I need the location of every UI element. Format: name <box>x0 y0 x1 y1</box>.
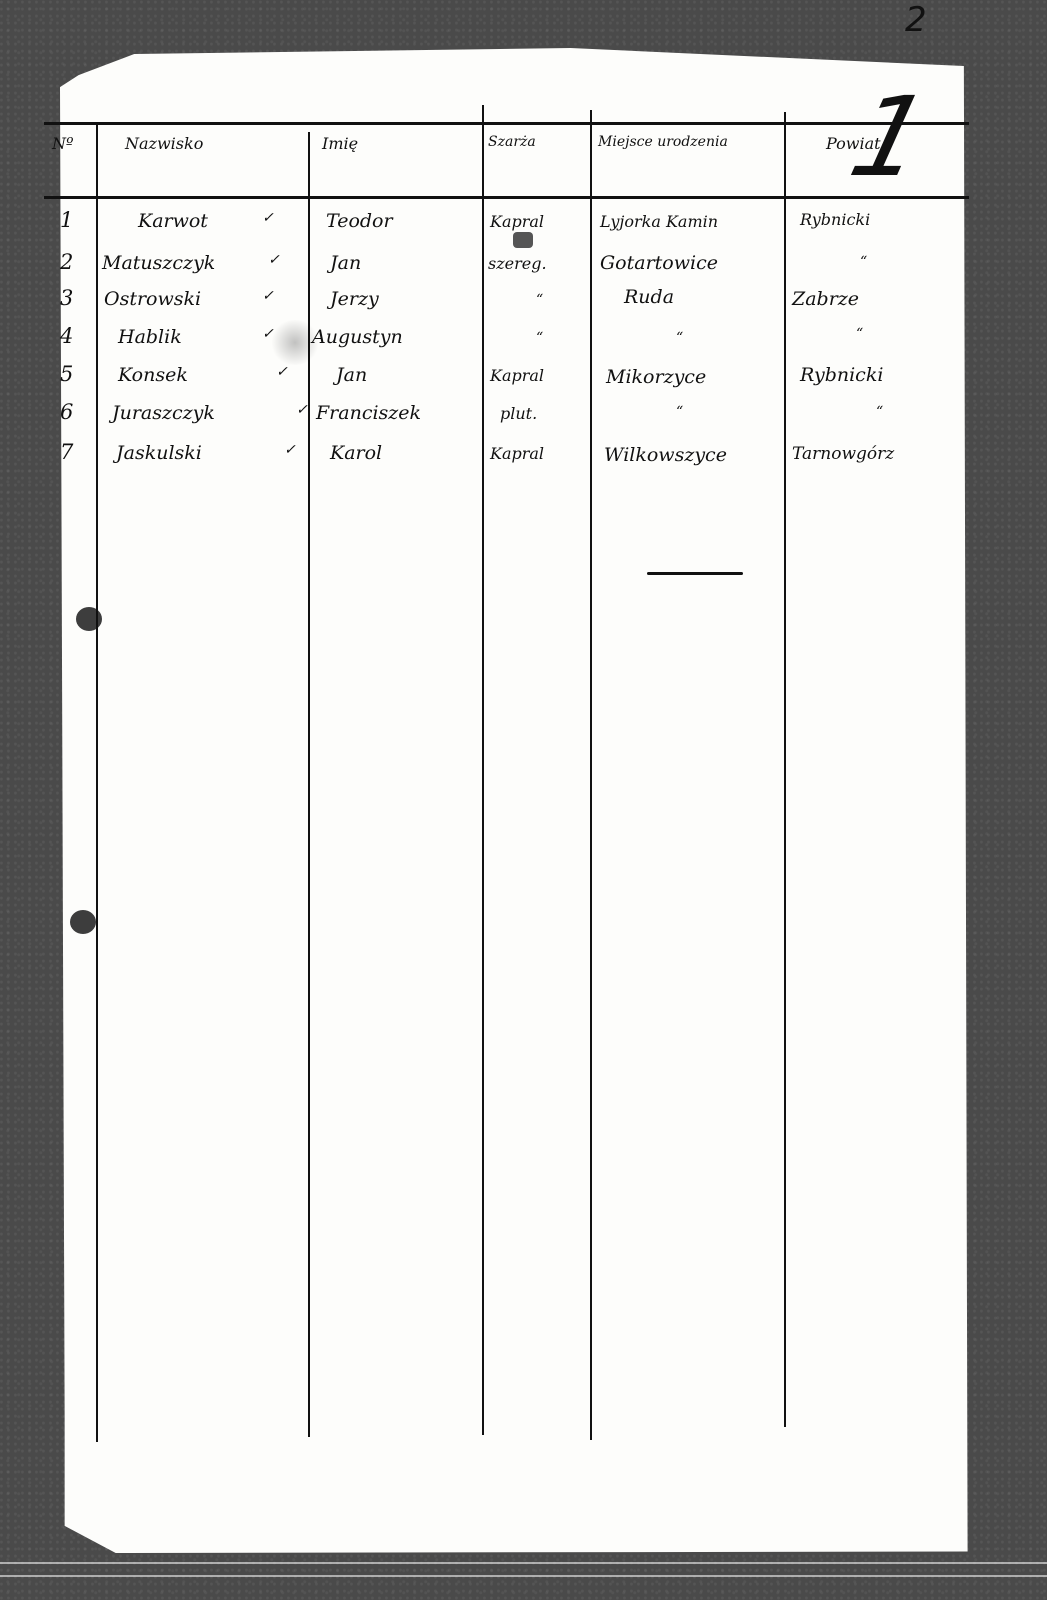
first-name-cell: Karol <box>330 442 382 464</box>
check-mark: ✓ <box>284 442 296 458</box>
district-cell: Zabrze <box>792 288 859 310</box>
surname-cell: Juraszczyk <box>112 402 215 424</box>
birthplace-ditto: “ <box>676 404 683 420</box>
row-number: 3 <box>60 286 73 310</box>
first-name-cell: Franciszek <box>316 402 421 424</box>
first-name-cell: Teodor <box>326 210 393 232</box>
first-name-cell: Jan <box>336 364 367 386</box>
header-rank: Szarża <box>488 134 536 150</box>
check-mark: ✓ <box>262 210 274 226</box>
surname-cell: Ostrowski <box>104 288 201 310</box>
first-name-cell: Jan <box>330 252 361 274</box>
surname-cell: Hablik <box>118 326 182 348</box>
ink-blot <box>513 232 533 248</box>
rank-cell: Kapral <box>490 366 544 385</box>
end-of-list-dash <box>647 572 743 575</box>
birthplace-ditto: “ <box>676 330 683 346</box>
rank-cell: Kapral <box>490 444 544 463</box>
district-ditto: “ <box>856 326 863 342</box>
district-cell: Rybnicki <box>800 364 883 386</box>
column-divider <box>308 132 310 1437</box>
scan-stripe <box>0 1562 1047 1564</box>
check-mark: ✓ <box>262 288 274 304</box>
first-name-cell: Jerzy <box>330 288 379 310</box>
table-top-rule <box>44 122 969 125</box>
birthplace-cell: Lyjorka Kamin <box>600 212 718 231</box>
district-ditto: “ <box>860 254 867 270</box>
birthplace-cell: Ruda <box>624 286 674 308</box>
header-bottom-rule <box>44 196 969 199</box>
header-first-name: Imię <box>322 134 358 153</box>
row-number: 2 <box>60 250 73 274</box>
check-mark: ✓ <box>268 252 280 268</box>
column-divider <box>482 105 484 1435</box>
row-number: 4 <box>60 324 73 348</box>
scan-stripe <box>0 1575 1047 1577</box>
district-cell: Rybnicki <box>800 210 870 229</box>
rank-cell: Kapral <box>490 212 544 231</box>
birthplace-cell: Gotartowice <box>600 252 718 274</box>
rank-ditto: “ <box>536 330 543 346</box>
district-ditto: “ <box>876 404 883 420</box>
punch-hole <box>70 910 96 934</box>
surname-cell: Karwot <box>138 210 208 232</box>
header-birthplace: Miejsce urodzenia <box>598 134 728 150</box>
first-name-cell: Augustyn <box>312 326 403 348</box>
check-mark: ✓ <box>276 364 288 380</box>
header-surname: Nazwisko <box>125 134 203 153</box>
surname-cell: Matuszczyk <box>102 252 215 274</box>
sheet-number-superscript: 2 <box>905 0 927 40</box>
rank-cell: szereg. <box>488 254 547 273</box>
rank-ditto: “ <box>536 292 543 308</box>
check-mark: ✓ <box>296 402 308 418</box>
check-mark: ✓ <box>262 326 274 342</box>
row-number: 7 <box>60 440 73 464</box>
row-number: 5 <box>60 362 73 386</box>
row-number: 1 <box>60 208 73 232</box>
birthplace-cell: Mikorzyce <box>606 366 706 388</box>
column-divider <box>590 110 592 1440</box>
district-cell: Tarnowgórz <box>792 444 894 464</box>
header-district: Powiat <box>826 134 881 153</box>
column-divider <box>784 112 786 1427</box>
birthplace-cell: Wilkowszyce <box>604 444 727 466</box>
surname-cell: Konsek <box>118 364 188 386</box>
surname-cell: Jaskulski <box>116 442 202 464</box>
row-number: 6 <box>60 400 73 424</box>
rank-cell: plut. <box>500 404 537 423</box>
column-divider <box>96 122 98 1442</box>
header-no: Nº <box>52 134 74 153</box>
punch-hole <box>76 607 102 631</box>
